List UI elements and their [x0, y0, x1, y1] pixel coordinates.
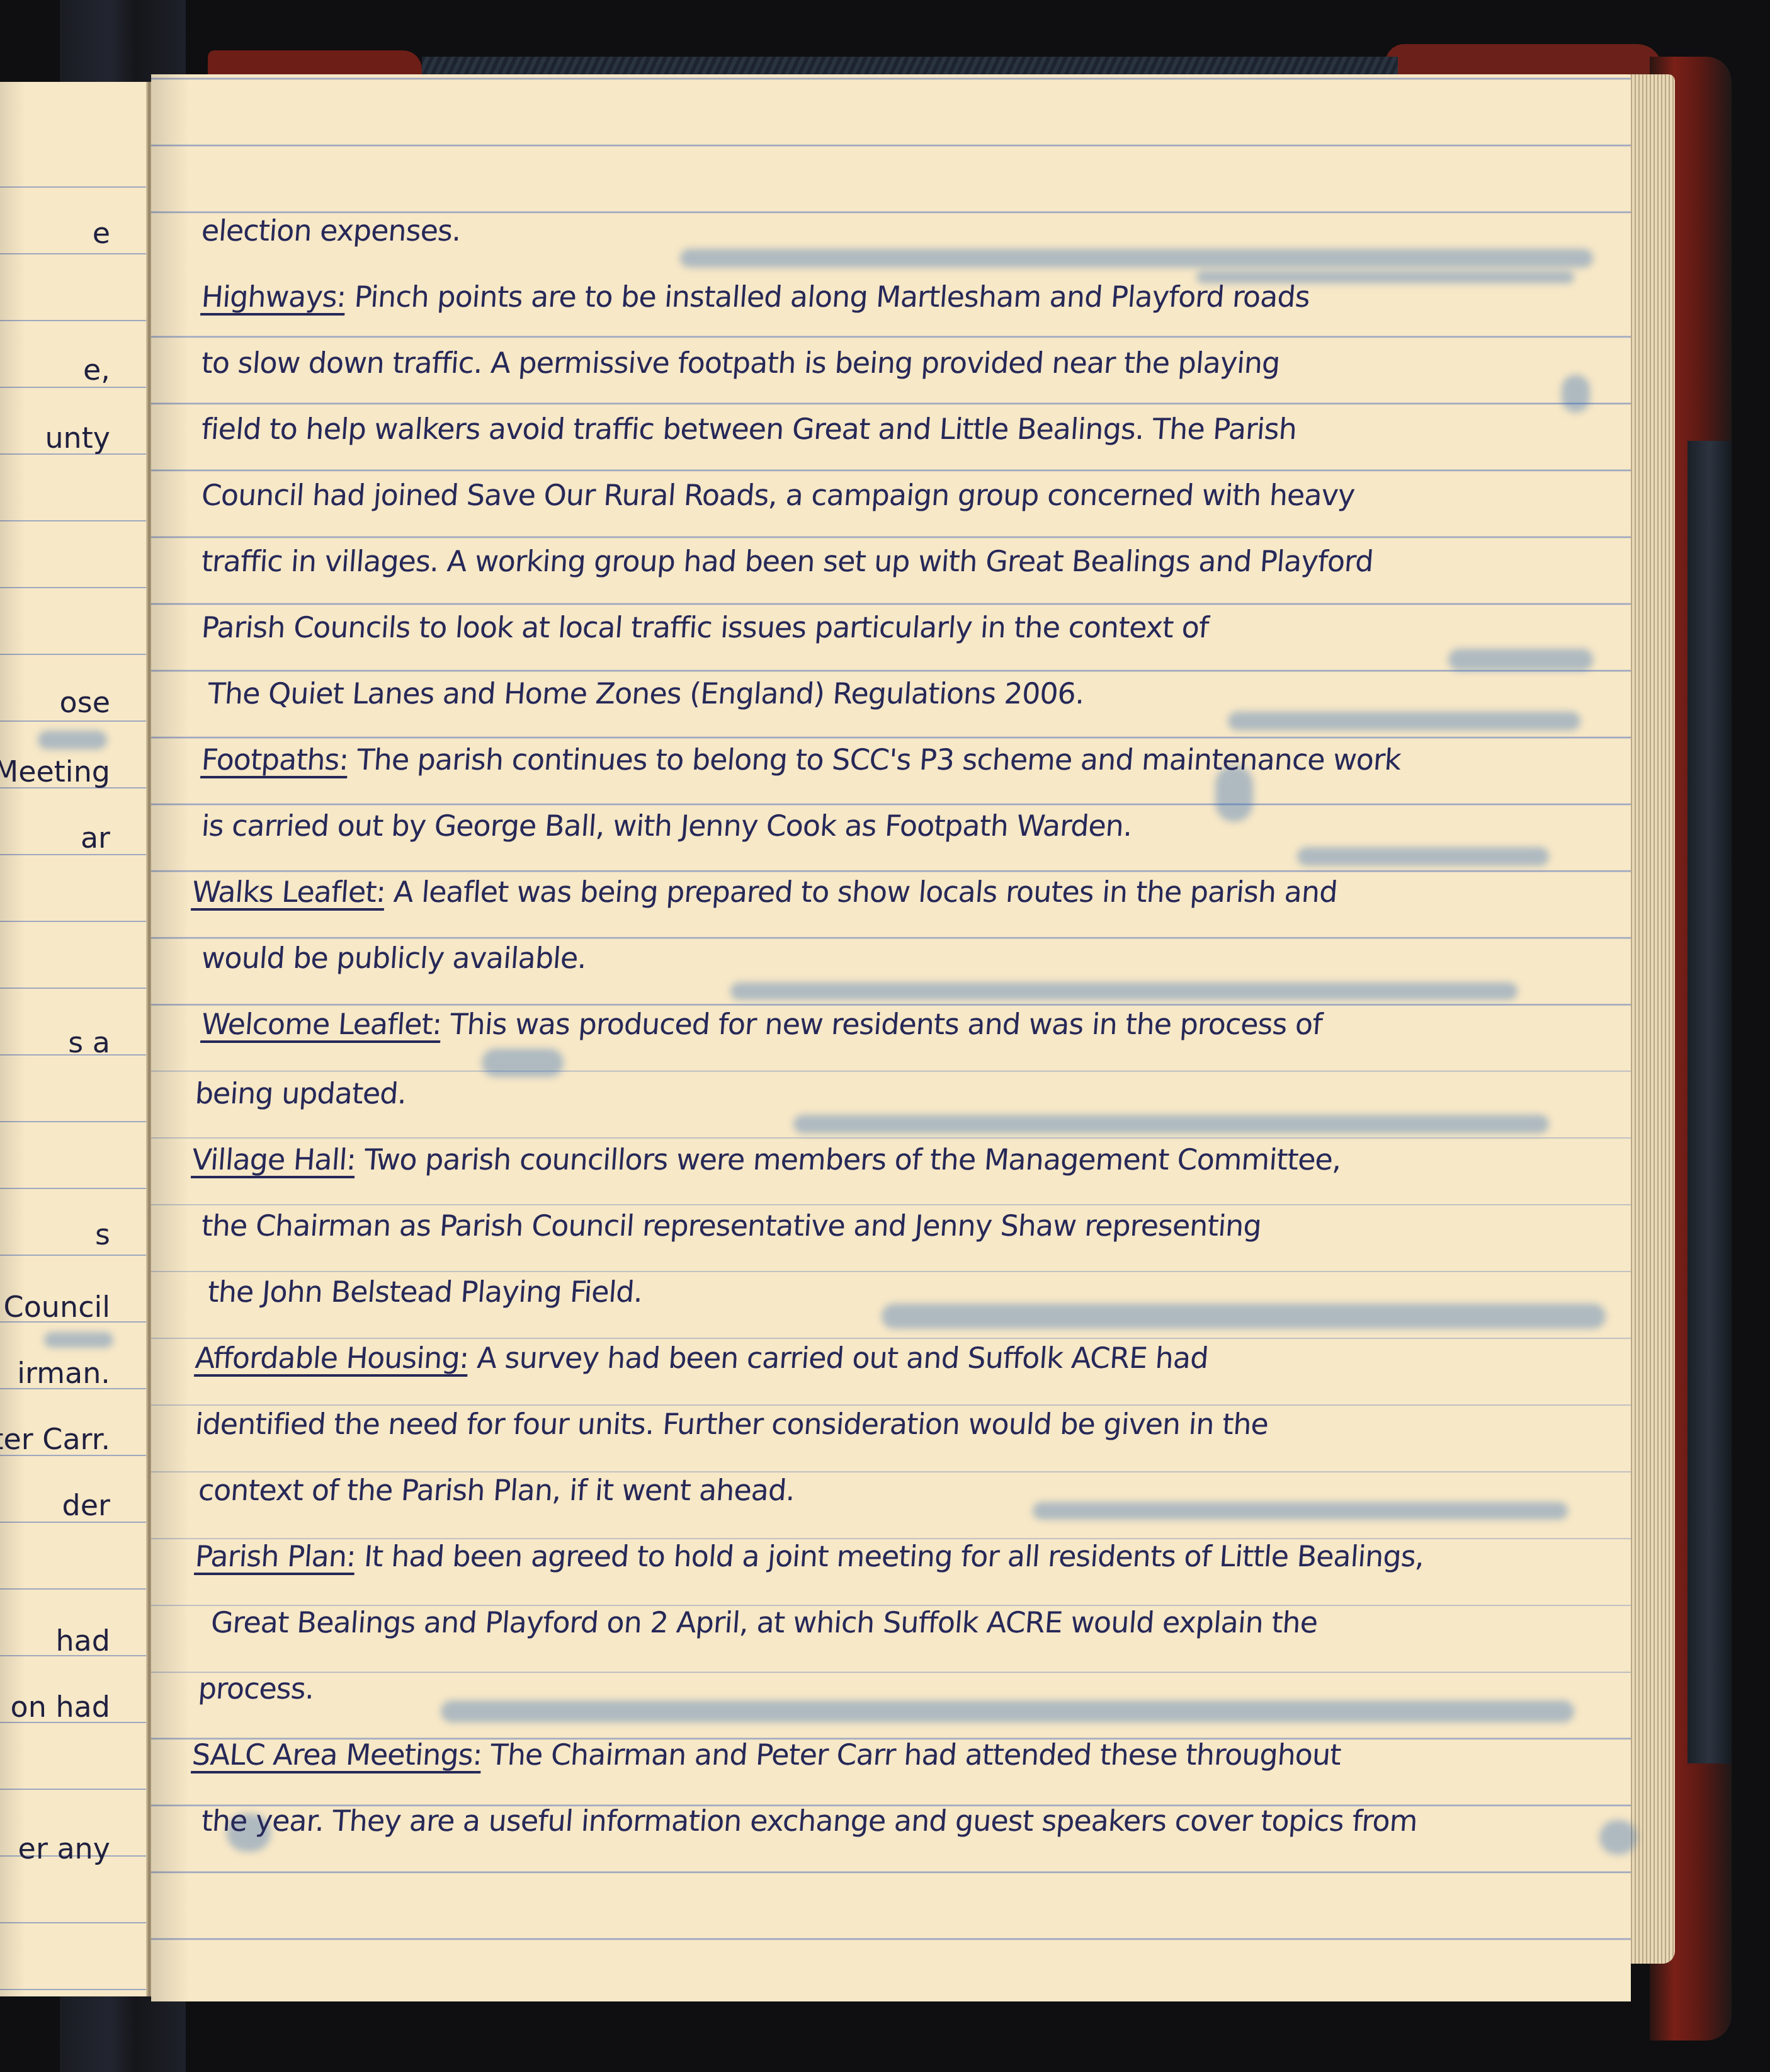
- minutes-text-line: Council had joined Save Our Rural Roads,…: [200, 478, 1356, 512]
- left-page-fragment: e,: [83, 353, 110, 387]
- minutes-text-line: context of the Parish Plan, if it went a…: [197, 1473, 796, 1507]
- minutes-text-line: process.: [197, 1671, 315, 1705]
- ink-smudge: [882, 1304, 1606, 1329]
- minutes-text-line: field to help walkers avoid traffic betw…: [200, 412, 1298, 446]
- line-text: The parish continues to belong to SCC's …: [347, 743, 1402, 777]
- minutes-text-line: the John Belstead Playing Field.: [207, 1275, 644, 1309]
- minutes-text-line: The Quiet Lanes and Home Zones (England)…: [207, 676, 1085, 710]
- line-text: election expenses.: [200, 213, 462, 248]
- left-page-fragment: ar: [81, 821, 110, 855]
- ink-smudge: [680, 249, 1593, 268]
- left-page-fragment: r Peter Carr.: [0, 1422, 110, 1456]
- minutes-text-line: the year. They are a useful information …: [200, 1804, 1418, 1838]
- line-text: context of the Parish Plan, if it went a…: [197, 1473, 796, 1507]
- ink-smudge: [1228, 712, 1580, 731]
- line-text: the year. They are a useful information …: [200, 1804, 1418, 1838]
- section-heading: Village Hall:: [191, 1142, 357, 1176]
- minutes-section-line: SALC Area Meetings: The Chairman and Pet…: [191, 1738, 1342, 1772]
- minutes-section-line: Highways: Pinch points are to be install…: [200, 280, 1311, 314]
- minutes-text-line: the Chairman as Parish Council represent…: [200, 1209, 1262, 1243]
- left-page-fragment: unty: [45, 421, 110, 455]
- ink-smudge: [1448, 649, 1593, 671]
- section-heading: Parish Plan:: [194, 1539, 356, 1573]
- left-page-fragment: er any: [18, 1831, 110, 1865]
- section-heading: Footpaths:: [200, 743, 349, 777]
- line-text: would be publicly available.: [200, 941, 587, 975]
- line-text: being updated.: [194, 1076, 407, 1110]
- minutes-text-line: election expenses.: [200, 213, 462, 248]
- line-text: the John Belstead Playing Field.: [207, 1275, 644, 1309]
- left-page-fragment: Meeting: [0, 754, 110, 788]
- section-heading: Affordable Housing:: [194, 1341, 470, 1375]
- line-text: the Chairman as Parish Council represent…: [200, 1209, 1262, 1243]
- minutes-text-line: being updated.: [194, 1076, 407, 1110]
- line-text: process.: [197, 1671, 315, 1705]
- section-heading: SALC Area Meetings:: [191, 1738, 483, 1772]
- ink-smudge: [441, 1700, 1574, 1722]
- minutes-section-line: Walks Leaflet: A leaflet was being prepa…: [191, 875, 1338, 909]
- left-page-fragment: ose: [60, 685, 110, 719]
- ink-smudge: [730, 982, 1518, 1000]
- line-text: Parish Councils to look at local traffic…: [200, 610, 1210, 644]
- line-text: A leaflet was being prepared to show loc…: [384, 875, 1338, 909]
- ink-smudge: [1033, 1502, 1568, 1520]
- line-text: to slow down traffic. A permissive footp…: [200, 346, 1281, 380]
- minutes-text-line: Great Bealings and Playford on 2 April, …: [210, 1605, 1319, 1639]
- ink-smudge: [793, 1115, 1549, 1134]
- left-page-fragment: s: [95, 1217, 110, 1251]
- minutes-text-line: would be publicly available.: [200, 941, 587, 975]
- left-page-fragment: had: [55, 1624, 110, 1658]
- page-edges: [1625, 74, 1675, 1964]
- line-text: identified the need for four units. Furt…: [194, 1407, 1269, 1441]
- ink-smudge: [38, 731, 107, 749]
- ink-smudge: [1297, 847, 1549, 866]
- minutes-section-line: Footpaths: The parish continues to belon…: [200, 743, 1402, 777]
- line-text: Council had joined Save Our Rural Roads,…: [200, 478, 1356, 512]
- line-text: field to help walkers avoid traffic betw…: [200, 412, 1298, 446]
- minutes-section-line: Village Hall: Two parish councillors wer…: [191, 1142, 1342, 1176]
- line-text: The Chairman and Peter Carr had attended…: [480, 1738, 1342, 1772]
- line-text: Pinch points are to be installed along M…: [344, 280, 1310, 314]
- minutes-text-line: is carried out by George Ball, with Jenn…: [200, 809, 1133, 843]
- minutes-text-line: traffic in villages. A working group had…: [200, 544, 1374, 578]
- minutes-text-line: identified the need for four units. Furt…: [194, 1407, 1269, 1441]
- left-page-fragment: irman.: [17, 1356, 110, 1390]
- ink-smudge: [44, 1332, 113, 1348]
- left-page-fragment: s a: [68, 1025, 110, 1059]
- minutes-section-line: Welcome Leaflet: This was produced for n…: [200, 1007, 1323, 1041]
- section-heading: Highways:: [200, 280, 347, 314]
- left-page-fragment: der: [62, 1488, 110, 1522]
- left-page-fragment: on had: [11, 1690, 110, 1724]
- minutes-text-line: Parish Councils to look at local traffic…: [200, 610, 1210, 644]
- book-cover-cloth: [1688, 441, 1732, 1763]
- line-text: A survey had been carried out and Suffol…: [467, 1341, 1209, 1375]
- line-text: is carried out by George Ball, with Jenn…: [200, 809, 1133, 843]
- minutes-text-line: to slow down traffic. A permissive footp…: [200, 346, 1281, 380]
- line-text: Great Bealings and Playford on 2 April, …: [210, 1605, 1319, 1639]
- line-text: traffic in villages. A working group had…: [200, 544, 1374, 578]
- line-text: The Quiet Lanes and Home Zones (England)…: [207, 676, 1085, 710]
- minutes-section-line: Affordable Housing: A survey had been ca…: [194, 1341, 1209, 1375]
- line-text: It had been agreed to hold a joint meeti…: [355, 1539, 1425, 1573]
- section-heading: Walks Leaflet:: [191, 875, 387, 909]
- left-page-fragment: Council: [4, 1290, 110, 1324]
- ink-smudge: [482, 1049, 564, 1077]
- section-heading: Welcome Leaflet:: [200, 1007, 443, 1041]
- ink-smudge: [1599, 1820, 1637, 1855]
- left-page-fragment: e: [93, 216, 110, 250]
- line-text: This was produced for new residents and …: [440, 1007, 1323, 1041]
- minutes-section-line: Parish Plan: It had been agreed to hold …: [194, 1539, 1425, 1573]
- ink-smudge: [1562, 375, 1590, 413]
- line-text: Two parish councillors were members of t…: [355, 1142, 1342, 1176]
